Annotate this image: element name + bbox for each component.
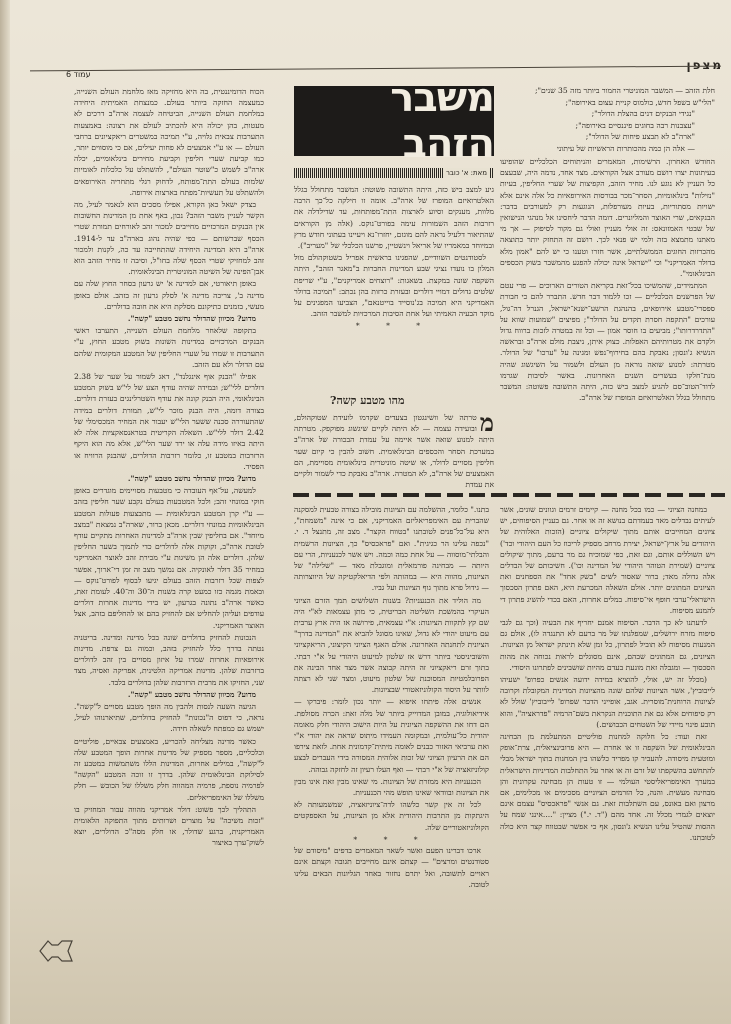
paragraph: אפילו "הבנק אוף אינגלנד", דאג לשמור על ש… — [74, 371, 264, 472]
paragraph: לכל זה אין קשר כלשהו לדה־ציוניזאציה, שמש… — [294, 799, 489, 833]
paragraph: מדוע? מכיוון שהדולר נחשב מטבע "קשה". — [74, 473, 264, 484]
paragraph: בתקופה שלאחר מלחמת העולם השנייה, התערבו … — [74, 325, 264, 370]
byline-bar: מאת: א' כובר — [294, 168, 494, 178]
paragraph: הגיעה השעה לנסות ולהבין מה הופך מטבע מסו… — [74, 701, 264, 735]
column-right-bottom: במחנה הציוני — כמו בכל מחנה — קיימים זרמ… — [500, 504, 715, 974]
section-separator: * * * — [294, 320, 494, 331]
paragraph: הנכונות להחזיק בדולרים שונה בכל מדינה ומ… — [74, 632, 264, 688]
headline-quote: "הלי"ש בשפל חדש, בולמוס קניית עצום באירו… — [500, 97, 715, 109]
headline-quote: חלת הזהב — המשבר המוניטרי החמור ביותר מז… — [500, 85, 715, 97]
paragraph: מדוע? מכיוון שהדולר נחשב מטבע "קשה". — [74, 689, 264, 700]
headline-quotes: חלת הזהב — המשבר המוניטרי החמור ביותר מז… — [500, 85, 715, 154]
column-left: הכוח הדומיננטית, בה היא מחזיקה מאז מלחמת… — [74, 86, 264, 966]
paragraph: למעשה, על־אף העובדה כי מטבעות מסויימים מ… — [74, 485, 264, 631]
column-middle-bottom: בתנו." כלומר, ההשלמה עם הציונות מובילה ב… — [294, 504, 489, 974]
page-edge-shadow — [0, 0, 10, 1024]
headline-quote: "ארה"ב לא תבצע פיחות של הדולר"; — [500, 131, 715, 143]
paragraph: באופן תיאורטי, אם למדינה א' יש גרעון בסח… — [74, 278, 264, 312]
paragraph: בתנו." כלומר, ההשלמה עם הציונות מובילה ב… — [294, 504, 489, 594]
article-title: משבר הזהב — [294, 75, 494, 167]
section-subheading: מהו מטבע קשה? — [330, 394, 404, 407]
paragraph: טרתה של וושינגטון בצעדים שקדמו לועידת שט… — [294, 412, 494, 490]
page-number: עמוד 6 — [66, 70, 91, 79]
paragraph: במחנה הציוני — כמו בכל מחנה — קיימים זרמ… — [500, 504, 715, 616]
paragraph: זאת ועוד: כל חלוקה למחנות פוליטיים המתעל… — [500, 731, 715, 843]
paragraph: אנשים אלה פיתחו איפוא — יותר נכון לומר: … — [294, 696, 489, 774]
headline-quote: "נגידי הבנקים דנים בהצלת הדולר"; — [500, 108, 715, 120]
paragraph: המתמידים, שהמשיכו בכל־זאת בקריאת הטורים … — [500, 280, 715, 403]
dashed-divider — [293, 493, 725, 497]
paragraph: כאשר מדינה מצליחה להכריע, באמצעים צבאיים… — [74, 736, 264, 803]
paragraph: מדוע? מכיוון שהדולר נחשב מטבע "קשה". — [74, 313, 264, 324]
article-title-box: משבר הזהב — [294, 86, 494, 156]
paragraph: התהליך לכך פשוט: דולר אמריקני מהווה עבור… — [74, 804, 264, 849]
paragraph: מה הוליד את הכנעניות? בשנות השלושים תמך … — [294, 595, 489, 696]
paragraph: הכוח הדומיננטית, בה היא מחזיקה מאז מלחמת… — [74, 86, 264, 198]
section-separator: * * * — [294, 834, 489, 845]
column-middle-sub: מ טרתה של וושינגטון בצעדים שקדמו לועידת … — [294, 412, 494, 490]
headline-quote: — אלה הן כמה מהכותרות הראשיות של עיתוני — [500, 143, 715, 155]
column-middle-top: גיע למצב ביש כזה, היתה התשובה פשוטה: המש… — [294, 184, 494, 384]
continue-arrow-icon — [38, 938, 74, 964]
paragraph: לסטודנטים השוודיים, שהפגינו בראשית אפריל… — [294, 252, 494, 319]
drop-cap: מ — [480, 412, 494, 434]
paragraph: ארכו דברינו הפעם ואשר לשאר המאמרים בדפים… — [294, 845, 489, 890]
paragraph: (מכלל זה יש, אולי, להוציא במידה ידועה אנ… — [500, 674, 715, 730]
paragraph: לדעתנו לא כך הדבר. הסיפוח אמנם יחריף את … — [500, 617, 715, 673]
paragraph: בצדק ישאל כאן הקורא, אפילו מסכים הוא לנא… — [74, 199, 264, 277]
headline-quote: "עצבנות רבה בחוגים פיננסיים באירופה"; — [500, 120, 715, 132]
column-right-top: החודש האחרון. הרשימות, המאמרים והניתוחים… — [500, 156, 715, 491]
newspaper-page: מצפן עמוד 6 חלת הזהב — המשבר המוניטרי הח… — [0, 0, 731, 1024]
paragraph: הכנעניות היא ממזרת של הציונות. מי שאינו … — [294, 776, 489, 798]
paragraph: גיע למצב ביש כזה, היתה התשובה פשוטה: המש… — [294, 184, 494, 251]
header-rule — [30, 66, 721, 72]
byline: מאת: א' כובר — [443, 168, 490, 178]
paragraph: החודש האחרון. הרשימות, המאמרים והניתוחים… — [500, 156, 715, 279]
